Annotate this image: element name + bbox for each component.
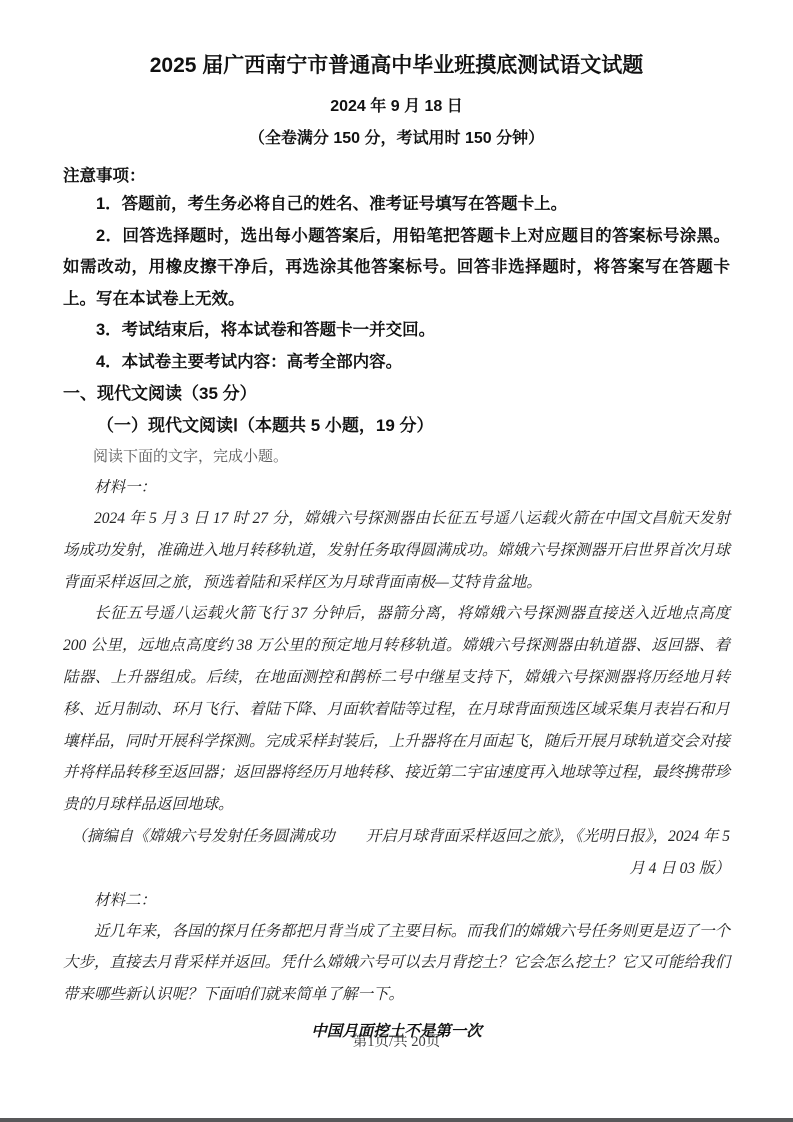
notice-item-3: 3．考试结束后，将本试卷和答题卡一并交回。 xyxy=(63,315,730,347)
viewport-bottom-edge xyxy=(0,1118,793,1122)
material-2-paragraph-1: 近几年来，各国的探月任务都把月背当成了主要目标。而我们的嫦娥六号任务则更是迈了一… xyxy=(63,916,730,1011)
material-2-label: 材料二： xyxy=(63,885,730,916)
notice-item-2: 2．回答选择题时，选出每小题答案后，用铅笔把答题卡上对应题目的答案标号涂黑。如需… xyxy=(63,221,730,316)
section-heading-modern-reading: 一、现代文阅读（35 分） xyxy=(63,378,730,410)
material-1-paragraph-2: 长征五号遥八运载火箭飞行 37 分钟后，器箭分离，将嫦娥六号探测器直接送入近地点… xyxy=(63,598,730,821)
notice-heading: 注意事项： xyxy=(63,163,730,189)
page-title: 2025 届广西南宁市普通高中毕业班摸底测试语文试题 xyxy=(63,50,730,82)
notice-item-4: 4．本试卷主要考试内容：高考全部内容。 xyxy=(63,347,730,379)
score-duration-line: （全卷满分 150 分，考试用时 150 分钟） xyxy=(63,127,730,151)
subsection-heading-reading-1: （一）现代文阅读Ⅰ（本题共 5 小题，19 分） xyxy=(63,410,730,442)
exam-date: 2024 年 9 月 18 日 xyxy=(63,95,730,119)
notice-item-1: 1．答题前，考生务必将自己的姓名、准考证号填写在答题卡上。 xyxy=(63,189,730,221)
material-1-citation: （摘编自《嫦娥六号发射任务圆满成功 开启月球背面采样返回之旅》，《光明日报》，2… xyxy=(63,821,730,885)
material-1-label: 材料一： xyxy=(63,472,730,503)
page-number-footer: 第1页/共 20页 xyxy=(0,1032,793,1052)
reading-instruction: 阅读下面的文字，完成小题。 xyxy=(63,442,730,472)
material-1-paragraph-1: 2024 年 5 月 3 日 17 时 27 分，嫦娥六号探测器由长征五号遥八运… xyxy=(63,503,730,598)
exam-document-page: 2025 届广西南宁市普通高中毕业班摸底测试语文试题 2024 年 9 月 18… xyxy=(0,0,793,1122)
